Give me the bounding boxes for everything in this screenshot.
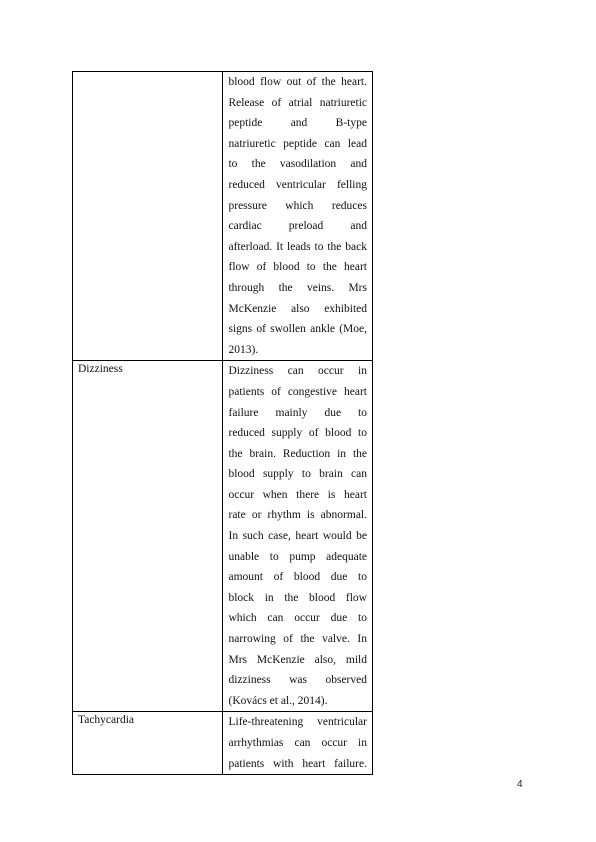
text-line: signs of swollen ankle (Moe, — [228, 319, 367, 340]
text-line: afterload. It leads to the back — [228, 237, 367, 258]
symptom-cell: Tachycardia — [73, 712, 223, 775]
text-line: narrowing of the valve. In — [228, 629, 367, 650]
text-line: to the vasodilation and — [228, 154, 367, 175]
text-line: the brain. Reduction in the — [228, 444, 367, 465]
description-cell: blood flow out of the heart. Release of … — [223, 72, 373, 361]
symptom-cell: Dizziness — [73, 361, 223, 712]
description-cell: Life-threatening ventricular arrhythmias… — [223, 712, 373, 775]
text-line: In such case, heart would be — [228, 526, 367, 547]
text-line: amount of blood due to — [228, 567, 367, 588]
text-line: peptide and B-type — [228, 113, 367, 134]
text-line: dizziness was observed — [228, 670, 367, 691]
text-line: unable to pump adequate — [228, 547, 367, 568]
table-row: Tachycardia Life-threatening ventricular… — [73, 712, 373, 775]
text-line: reduced supply of blood to — [228, 423, 367, 444]
text-line: failure mainly due to — [228, 403, 367, 424]
text-line: pressure which reduces — [228, 196, 367, 217]
text-line: Dizziness can occur in — [228, 361, 367, 382]
symptoms-table: blood flow out of the heart. Release of … — [72, 71, 373, 775]
text-line: Mrs McKenzie also, mild — [228, 650, 367, 671]
text-line: block in the blood flow — [228, 588, 367, 609]
text-line: cardiac preload and — [228, 216, 367, 237]
text-line: which can occur due to — [228, 608, 367, 629]
text-line: rate or rhythm is abnormal. — [228, 505, 367, 526]
document-page: blood flow out of the heart. Release of … — [0, 0, 596, 842]
table-row: blood flow out of the heart. Release of … — [73, 72, 373, 361]
text-line: blood flow out of the heart. — [228, 72, 367, 93]
text-line: (Kovács et al., 2014). — [228, 691, 367, 712]
text-line: patients with heart failure. — [228, 754, 367, 775]
text-line: occur when there is heart — [228, 485, 367, 506]
text-line: arrhythmias can occur in — [228, 733, 367, 754]
table-row: Dizziness Dizziness can occur in patient… — [73, 361, 373, 712]
description-cell: Dizziness can occur in patients of conge… — [223, 361, 373, 712]
text-line: through the veins. Mrs — [228, 278, 367, 299]
text-line: natriuretic peptide can lead — [228, 134, 367, 155]
text-line: McKenzie also exhibited — [228, 299, 367, 320]
page-number: 4 — [517, 779, 523, 790]
text-line: flow of blood to the heart — [228, 257, 367, 278]
text-line: Release of atrial natriuretic — [228, 93, 367, 114]
text-line: blood supply to brain can — [228, 464, 367, 485]
text-line: patients of congestive heart — [228, 382, 367, 403]
text-line: 2013). — [228, 340, 367, 361]
text-line: Life-threatening ventricular — [228, 712, 367, 733]
text-line: reduced ventricular felling — [228, 175, 367, 196]
symptom-cell — [73, 72, 223, 361]
